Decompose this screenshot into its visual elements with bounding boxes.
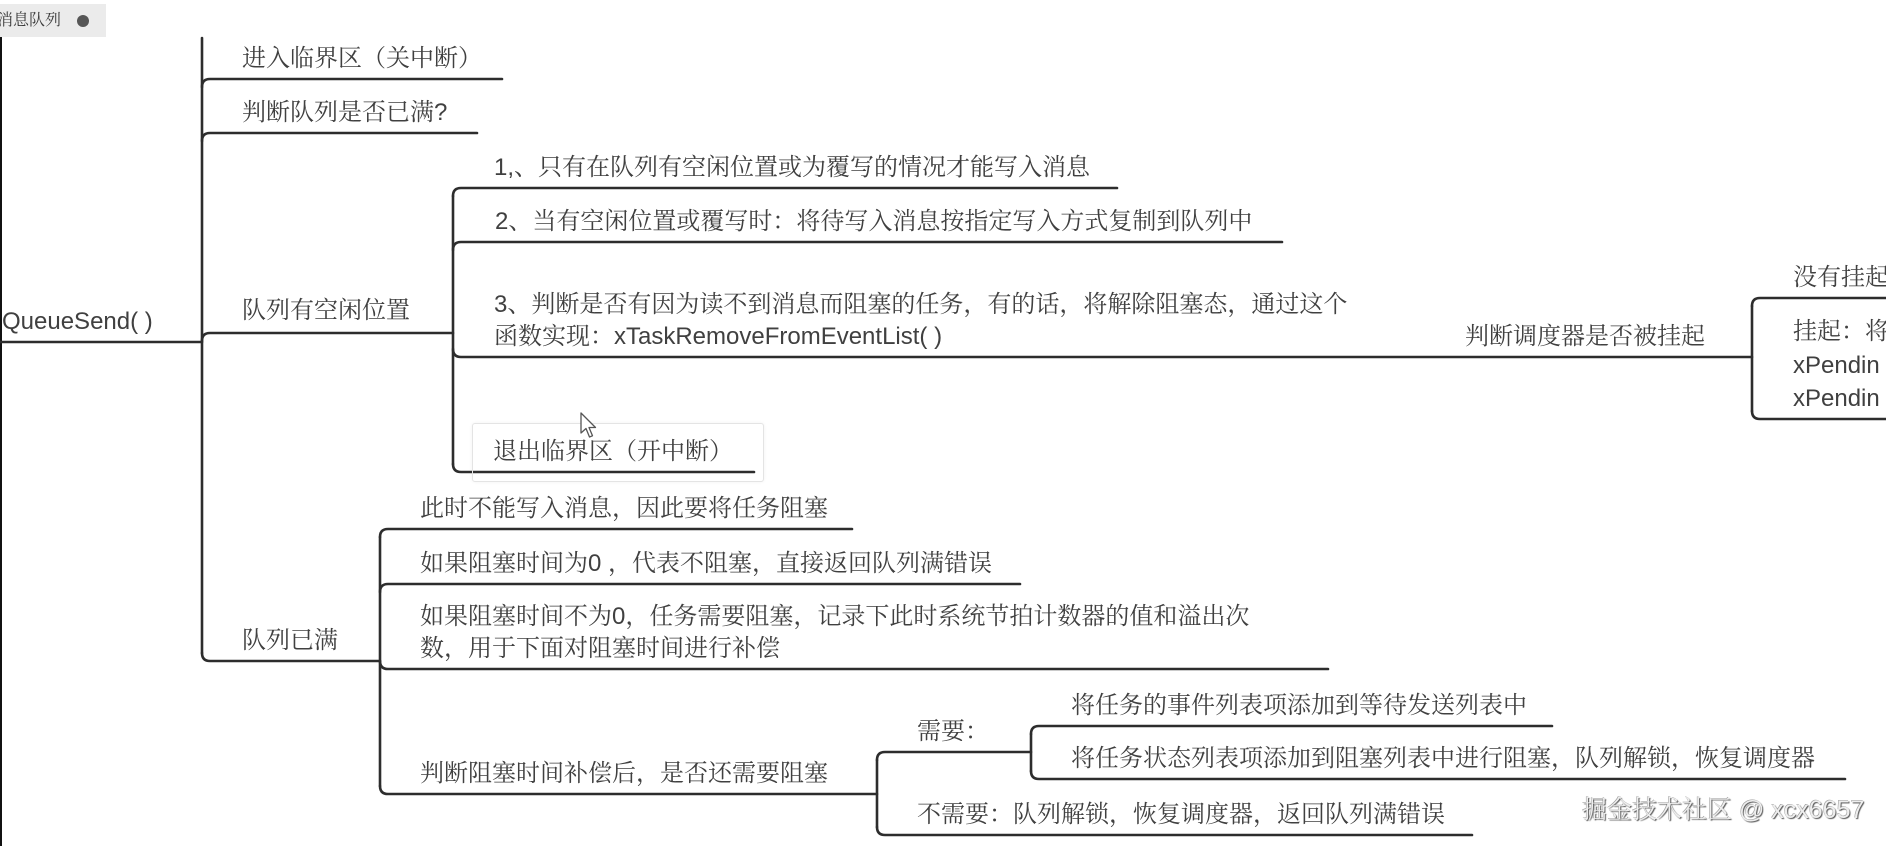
- watermark: 掘金技术社区 @ xcx6657: [1582, 795, 1864, 825]
- node-no-need-block[interactable]: 不需要：队列解锁，恢复调度器，返回队列满错误: [917, 801, 1445, 829]
- node-text-line: 3、判断是否有因为读不到消息而阻塞的任务，有的话，将解除阻塞态，通过这个: [494, 291, 1347, 319]
- node-check-still-block[interactable]: 判断阻塞时间补偿后，是否还需要阻塞: [420, 760, 828, 788]
- node-space-step-1[interactable]: 1,、只有在队列有空闲位置或为覆写的情况才能写入消息: [494, 154, 1090, 182]
- root-node[interactable]: QueueSend( ): [2, 308, 153, 336]
- node-space-step-2[interactable]: 2、当有空闲位置或覆写时：将待写入消息按指定写入方式复制到队列中: [495, 208, 1252, 236]
- node-add-state-list-item[interactable]: 将任务状态列表项添加到阻塞列表中进行阻塞，队列解锁，恢复调度器: [1071, 745, 1815, 773]
- node-text-line: 挂起：将: [1793, 318, 1886, 346]
- node-add-event-list-item[interactable]: 将任务的事件列表项添加到等待发送列表中: [1071, 692, 1527, 720]
- window-left-border: [0, 37, 2, 846]
- node-check-queue-full[interactable]: 判断队列是否已满?: [242, 99, 447, 127]
- node-text-line: 如果阻塞时间不为0，任务需要阻塞，记录下此时系统节拍计数器的值和溢出次: [420, 603, 1249, 631]
- tab-title: 消息队列: [0, 11, 61, 31]
- node-full-block-task[interactable]: 此时不能写入消息，因此要将任务阻塞: [420, 495, 828, 523]
- node-text-line: 数，用于下面对阻塞时间进行补偿: [420, 635, 780, 663]
- node-check-scheduler-suspended[interactable]: 判断调度器是否被挂起: [1465, 323, 1705, 351]
- unsaved-dot-icon[interactable]: [77, 15, 89, 27]
- node-queue-has-space[interactable]: 队列有空闲位置: [242, 297, 410, 325]
- node-queue-full[interactable]: 队列已满: [242, 627, 338, 655]
- node-not-suspended[interactable]: 没有挂起: [1793, 264, 1886, 292]
- node-text-line: xPendin: [1793, 352, 1880, 380]
- document-tab[interactable]: 消息队列: [0, 4, 106, 37]
- node-need-block[interactable]: 需要：: [917, 718, 989, 746]
- node-exit-critical[interactable]: 退出临界区（开中断）: [493, 438, 733, 466]
- node-text-line: 函数实现：xTaskRemoveFromEventList( ): [494, 323, 942, 351]
- node-enter-critical[interactable]: 进入临界区（关中断）: [242, 45, 482, 73]
- mouse-pointer-icon: [580, 412, 600, 440]
- node-full-zero-timeout[interactable]: 如果阻塞时间为0 ，代表不阻塞，直接返回队列满错误: [420, 550, 992, 578]
- node-text-line: xPendin: [1793, 385, 1880, 413]
